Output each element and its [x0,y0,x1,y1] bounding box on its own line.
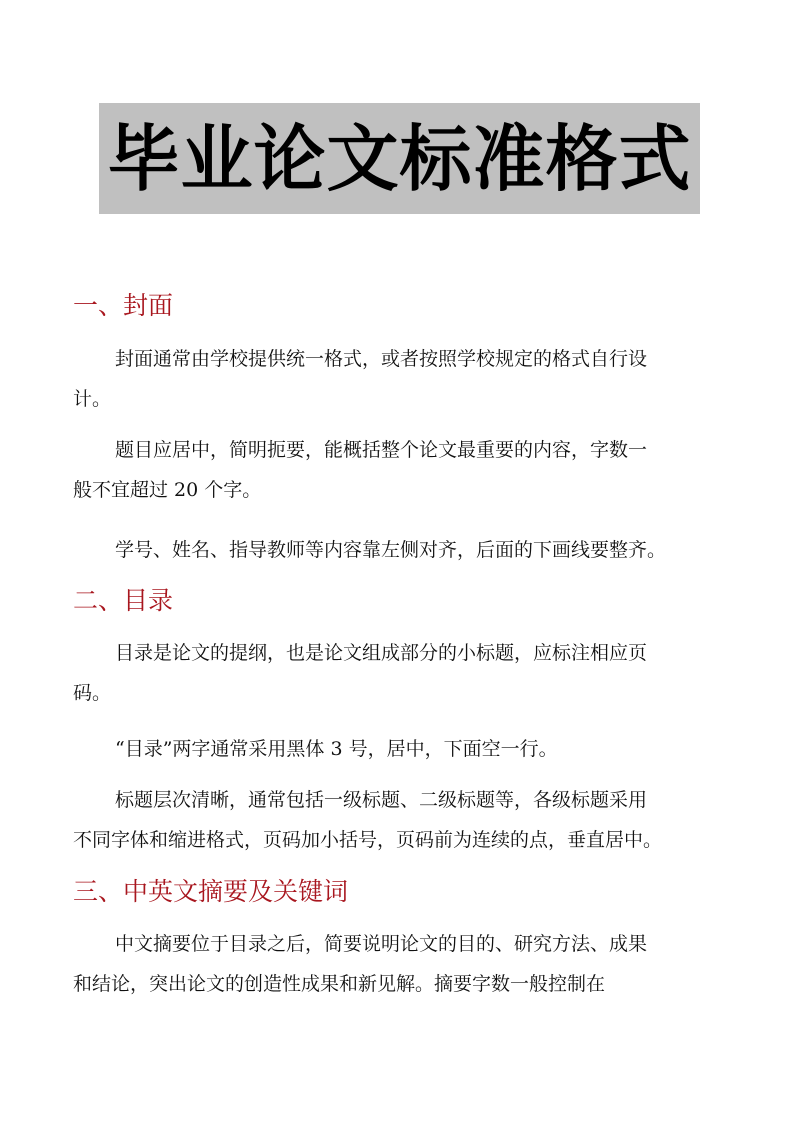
section-heading-abstract: 三、中英文摘要及关键词 [73,879,348,904]
text-line: 题目应居中，简明扼要，能概括整个论文最重要的内容，字数一 [73,430,729,470]
text-line: 般不宜超过 20 个字。 [73,470,729,510]
text-line: 学号、姓名、指导教师等内容靠左侧对齐，后面的下画线要整齐。 [73,530,729,570]
paragraph: 中文摘要位于目录之后，简要说明论文的目的、研究方法、成果 和结论，突出论文的创造… [73,924,729,1004]
text-line: 封面通常由学校提供统一格式，或者按照学校规定的格式自行设 [73,339,729,379]
text-line: 码。 [73,673,729,713]
document-page: 毕业论文标准格式 一、封面 封面通常由学校提供统一格式，或者按照学校规定的格式自… [0,0,800,1131]
text-line: 标题层次清晰，通常包括一级标题、二级标题等，各级标题采用 [73,780,729,820]
text-line: “目录”两字通常采用黑体 3 号，居中，下面空一行。 [73,729,729,769]
paragraph: “目录”两字通常采用黑体 3 号，居中，下面空一行。 [73,729,729,769]
paragraph: 标题层次清晰，通常包括一级标题、二级标题等，各级标题采用 不同字体和缩进格式，页… [73,780,729,860]
paragraph: 题目应居中，简明扼要，能概括整个论文最重要的内容，字数一 般不宜超过 20 个字… [73,430,729,510]
paragraph: 学号、姓名、指导教师等内容靠左侧对齐，后面的下画线要整齐。 [73,530,729,570]
title-banner: 毕业论文标准格式 [99,103,700,214]
text-line: 不同字体和缩进格式，页码加小括号，页码前为连续的点，垂直居中。 [73,820,729,860]
text-line: 中文摘要位于目录之后，简要说明论文的目的、研究方法、成果 [73,924,729,964]
paragraph: 目录是论文的提纲，也是论文组成部分的小标题，应标注相应页 码。 [73,633,729,713]
document-title: 毕业论文标准格式 [107,123,691,195]
section-heading-cover: 一、封面 [73,293,173,318]
text-line: 和结论，突出论文的创造性成果和新见解。摘要字数一般控制在 [73,964,729,1004]
paragraph: 封面通常由学校提供统一格式，或者按照学校规定的格式自行设 计。 [73,339,729,419]
text-line: 计。 [73,379,729,419]
section-heading-toc: 二、目录 [73,588,173,613]
text-line: 目录是论文的提纲，也是论文组成部分的小标题，应标注相应页 [73,633,729,673]
